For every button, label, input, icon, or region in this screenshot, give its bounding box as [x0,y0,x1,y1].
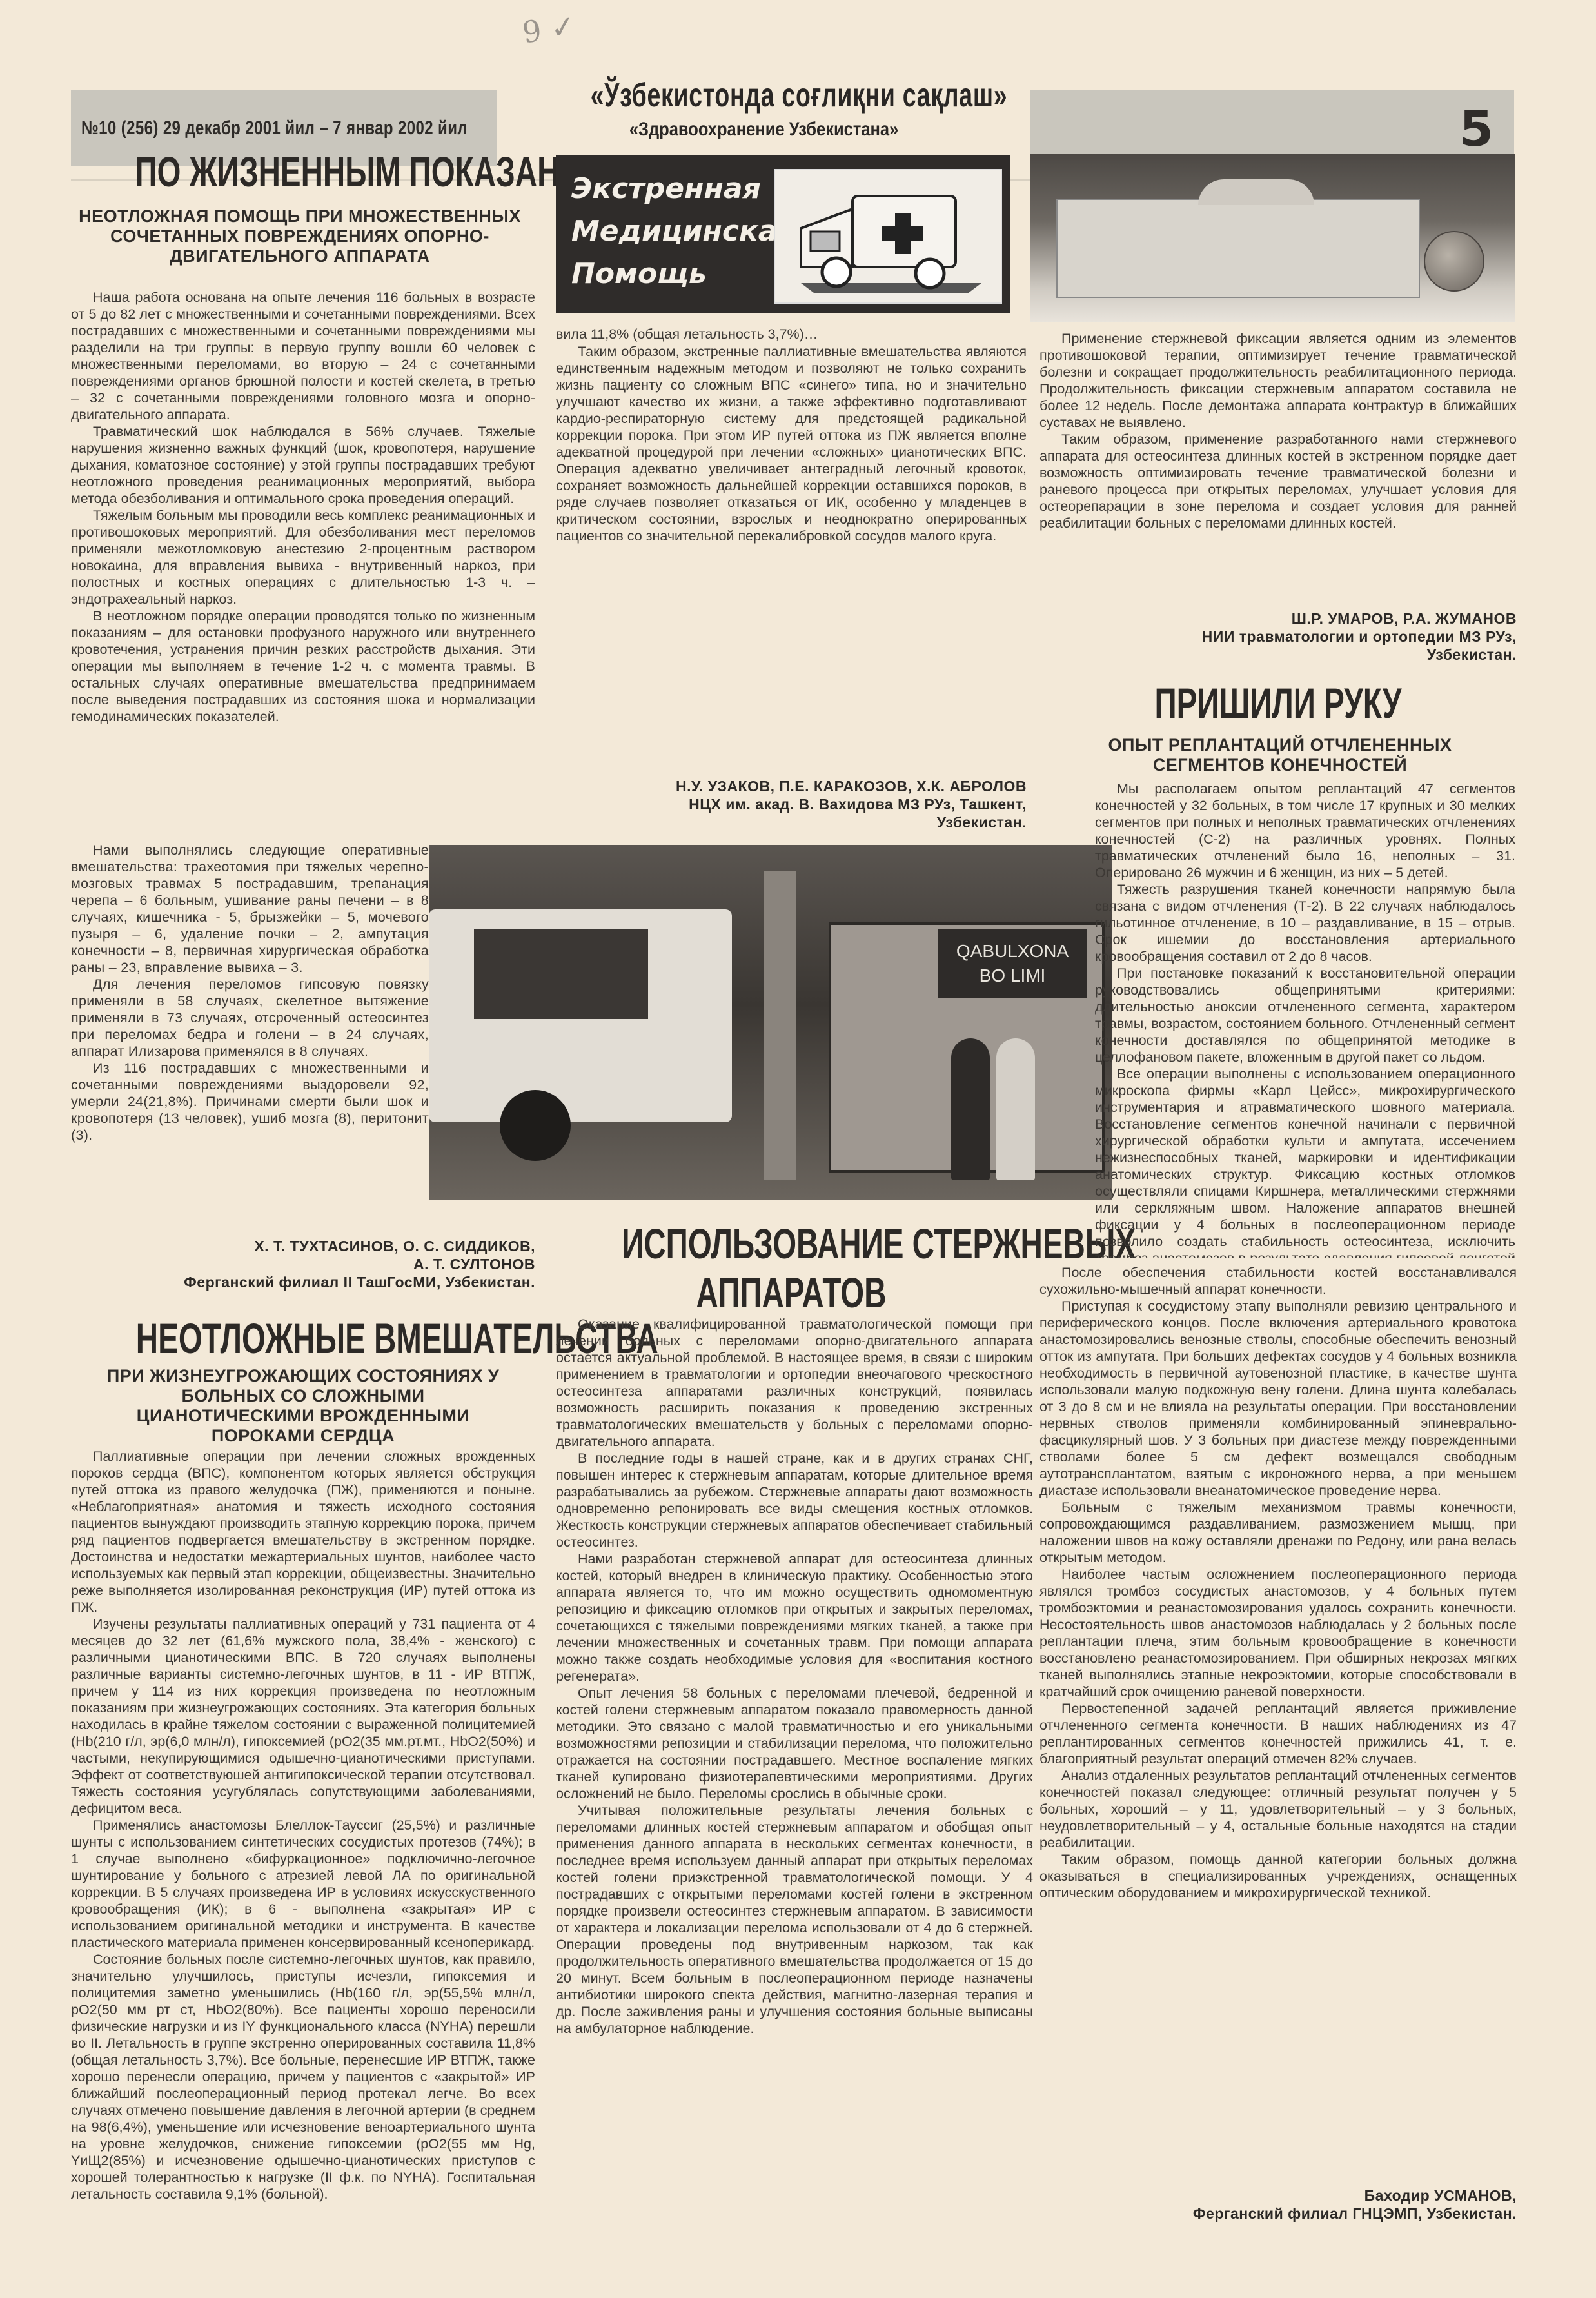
article3-paragraph: Оказание квалифицированной травматологич… [556,1316,1033,1450]
article4-affiliation: Ферганский филиал ГНЦЭМП, Узбекистан. [1039,2204,1517,2223]
article1-body-top: Наша работа основана на опыте лечения 11… [71,289,535,725]
article1-paragraph: Из 116 пострадавших с множественными и с… [71,1060,429,1144]
article2-conclusion: Таким образом, экстренные паллиативные в… [556,343,1027,756]
article1-paragraph: Травматический шок наблюдался в 56% случ… [71,423,535,507]
article4-paragraph: Тяжесть разрушения тканей конечности нап… [1095,881,1515,965]
article2-body-middle: вила 11,8% (общая летальность 3,7%)… [556,326,1027,342]
article2-body-left: Паллиативные операции при лечении сложны… [71,1448,535,2232]
article1-rubric: ПО ЖИЗНЕННЫМ ПОКАЗАНИЯМ [135,146,464,197]
handwritten-mark: 9 ✓ [520,8,578,50]
hospital-sign: QABULXONA BO LIMI [938,929,1087,998]
article2-affiliation-line1: НЦХ им. акад. В. Вахидова МЗ РУз, Ташкен… [556,795,1027,813]
article2-authors-names: Н.У. УЗАКОВ, П.Е. КАРАКОЗОВ, Х.К. АБРОЛО… [556,777,1027,795]
article3-title-line1: ИСПОЛЬЗОВАНИЕ СТЕРЖНЕВЫХ [622,1219,961,1268]
article3-affiliation-line2: Узбекистан. [1039,646,1517,664]
article4-title: ОПЫТ РЕПЛАНТАЦИЙ ОТЧЛЕНЕННЫХ СЕГМЕНТОВ К… [1070,735,1490,775]
article4-paragraph: Анализ отдаленных результатов реплантаци… [1039,1767,1517,1851]
article1-paragraph: Нами выполнялись следующие оперативные в… [71,842,429,976]
person-silhouette [996,1038,1035,1180]
article3-paragraph: В последние годы в нашей стране, как и в… [556,1450,1033,1550]
article2-affiliation-line2: Узбекистан. [556,813,1027,831]
christmas-ornament-icon [1424,231,1484,292]
article4-paragraph: После обеспечения стабильности костей во… [1039,1264,1517,1298]
hospital-entrance-photo: QABULXONA BO LIMI [429,845,1112,1200]
ambulance-windshield [474,929,648,1019]
hospital-sign-line2: BO LIMI [945,964,1080,988]
article2-paragraph: Состояние больных после системно-легочны… [71,1951,535,2203]
article1-affiliation: Ферганский филиал II ТашГосМИ, Узбекиста… [71,1273,535,1291]
article1-authors: Х. Т. ТУХТАСИНОВ, О. С. СИДДИКОВ, А. Т. … [71,1237,535,1291]
article1-paragraph: В неотложном порядке операции проводятся… [71,608,535,725]
article1-paragraph: Для лечения переломов гипсовую повязку п… [71,976,429,1060]
ambulance-icon [775,170,1001,302]
article4-rubric: ПРИШИЛИ РУКУ [1107,677,1450,729]
article1-title: НЕОТЛОЖНАЯ ПОМОЩЬ ПРИ МНОЖЕСТВЕННЫХ СОЧЕ… [77,206,522,266]
building-column [764,871,796,1180]
article3-paragraph: Нами разработан стержневой аппарат для о… [556,1550,1033,1685]
article3-affiliation-line1: НИИ травматологии и ортопедии МЗ РУз, [1039,628,1517,646]
issue-line: №10 (256) 29 декабр 2001 йил – 7 январ 2… [71,117,468,139]
banner-line1: Экстренная [571,168,796,210]
person-silhouette [951,1038,990,1180]
article3-title: ИСПОЛЬЗОВАНИЕ СТЕРЖНЕВЫХ АППАРАТОВ [622,1219,961,1317]
page-number: 5 [1459,100,1514,157]
article4-body: Мы располагаем опытом реплантаций 47 сег… [1095,780,1515,1258]
article2-paragraph: Паллиативные операции при лечении сложны… [71,1448,535,1616]
article4-paragraph: Наиболее частым осложнением послеопераци… [1039,1566,1517,1700]
banner-line3: Помощь [571,253,796,295]
article1-authors-line1: Х. Т. ТУХТАСИНОВ, О. С. СИДДИКОВ, [71,1237,535,1255]
article4-paragraph: Первостепенной задачей реплантаций являе… [1039,1700,1517,1767]
article4-paragraph: Таким образом, помощь данной категории б… [1039,1851,1517,1901]
article4-body-lower: После обеспечения стабильности костей во… [1039,1264,1517,2167]
masthead-subtitle: «Здравоохранение Узбекистана» [629,119,898,141]
article3-paragraph: Опыт лечения 58 больных с переломами пле… [556,1685,1033,1802]
hospital-sign-line1: QABULXONA [945,939,1080,964]
ambulance-wheel [500,1090,571,1161]
article4-author: Баходир УСМАНОВ, Ферганский филиал ГНЦЭМ… [1039,2186,1517,2223]
article3-body-middle: Оказание квалифицированной травматологич… [556,1316,1033,2238]
article4-author-name: Баходир УСМАНОВ, [1039,2186,1517,2204]
article2-authors: Н.У. УЗАКОВ, П.Е. КАРАКОЗОВ, Х.К. АБРОЛО… [556,777,1027,831]
article2-continuation: вила 11,8% (общая летальность 3,7%)… [556,326,1027,342]
article1-paragraph: Наша работа основана на опыте лечения 11… [71,289,535,423]
article4-paragraph: Мы располагаем опытом реплантаций 47 сег… [1095,780,1515,881]
article1-body-narrow: Нами выполнялись следующие оперативные в… [71,842,429,1144]
article4-paragraph: Больным с тяжелым механизмом травмы коне… [1039,1499,1517,1566]
article1-authors-line2: А. Т. СУЛТОНОВ [71,1255,535,1273]
emergency-care-banner: Экстренная Медицинская Помощь [556,155,1010,313]
article3-paragraph: Применение стержневой фиксации является … [1039,330,1517,431]
article4-paragraph: При постановке показаний к восстановител… [1095,965,1515,1065]
article3-authors-names: Ш.Р. УМАРОВ, Р.А. ЖУМАНОВ [1039,609,1517,628]
article1-paragraph: Тяжелым больным мы проводили весь компле… [71,507,535,608]
masthead: «Ўзбекистонда соғлиқни сақлаш» «Здравоох… [509,76,1019,141]
article3-body-right: Применение стержневой фиксации является … [1039,330,1517,601]
article3-authors: Ш.Р. УМАРОВ, Р.А. ЖУМАНОВ НИИ травматоло… [1039,609,1517,664]
banner-line2: Медицинская [571,210,796,253]
article2-title: ПРИ ЖИЗНЕУГРОЖАЮЩИХ СОСТОЯНИЯХ У БОЛЬНЫХ… [90,1366,516,1446]
article2-paragraph: Изучены результаты паллиативных операций… [71,1616,535,1817]
building-shape [1056,199,1420,298]
building-dome [1198,179,1314,205]
ambulance-illustration [774,169,1002,304]
article3-paragraph: Таким образом, применение разработанного… [1039,431,1517,531]
article2-paragraph: Применялись анастомозы Блеллок-Тауссиг (… [71,1817,535,1951]
article3-paragraph: Учитывая положительные результаты лечени… [556,1802,1033,2037]
article2-rubric: НЕОТЛОЖНЫЕ ВМЕШАТЕЛЬСТВА [136,1312,470,1364]
masthead-title: «Ўзбекистонда соғлиқни сақлаш» [591,76,1008,115]
winter-building-photo [1030,154,1515,322]
banner-text: Экстренная Медицинская Помощь [571,168,796,295]
article2-paragraph: Таким образом, экстренные паллиативные в… [556,343,1027,544]
article4-paragraph: Все операции выполнены с использованием … [1095,1065,1515,1258]
article4-paragraph: Приступая к сосудистому этапу выполняли … [1039,1298,1517,1499]
article3-title-line2: АППАРАТОВ [622,1268,961,1317]
